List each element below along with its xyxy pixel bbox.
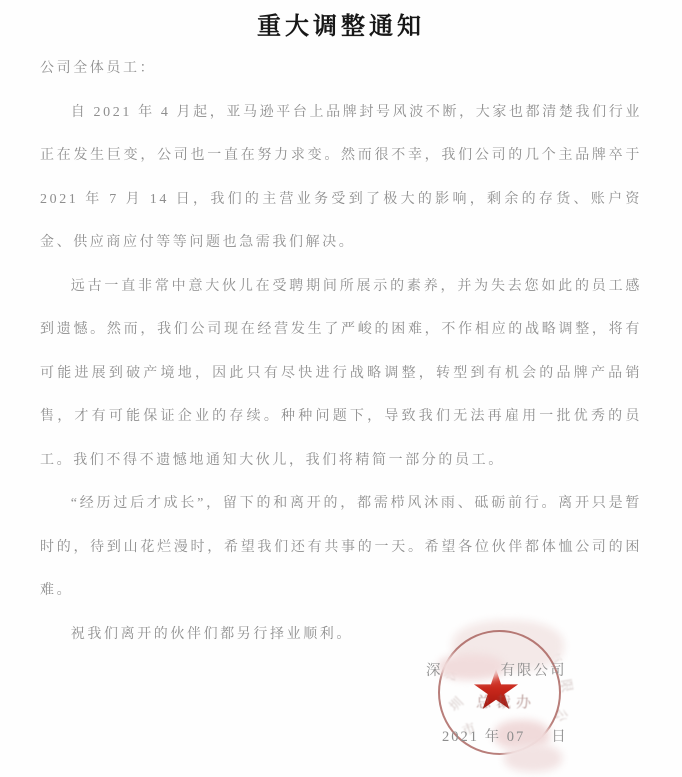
page-title: 重大调整通知 xyxy=(40,6,642,41)
seal-ring-text: 圳 xyxy=(444,692,467,715)
document-body: 重大调整通知 公司全体员工： 自 2021 年 4 月起，亚马逊平台上品牌封号风… xyxy=(40,4,642,656)
paragraph: “经历过后才成长”，留下的和离开的，都需栉风沐雨、砥砺前行。离开只是暂时的，待到… xyxy=(40,482,642,613)
company-name-suffix: 有限公司 xyxy=(501,659,567,680)
notice-document-page: 重大调整通知 公司全体员工： 自 2021 年 4 月起，亚马逊平台上品牌封号风… xyxy=(0,0,682,777)
seal-ring-text: 公 xyxy=(551,706,573,725)
company-name-prefix: 深 xyxy=(426,659,443,680)
company-name-line: 深 有限公司 xyxy=(426,659,567,680)
date-prefix: 2021 年 07 xyxy=(442,725,525,746)
seal-office-label: 总裁办 xyxy=(476,691,536,712)
paragraph: 远古一直非常中意大伙儿在受聘期间所展示的素养，并为失去您如此的员工感到遗憾。然而… xyxy=(40,265,642,483)
paragraph: 自 2021 年 4 月起，亚马逊平台上品牌封号风波不断，大家也都清楚我们行业正… xyxy=(40,91,642,265)
date-suffix: 日 xyxy=(551,725,568,746)
document-content: 公司全体员工： 自 2021 年 4 月起，亚马逊平台上品牌封号风波不断，大家也… xyxy=(40,47,642,656)
redaction-blur xyxy=(504,744,562,772)
salutation: 公司全体员工： xyxy=(40,47,642,91)
date-line: 2021 年 07 日 xyxy=(442,725,568,746)
